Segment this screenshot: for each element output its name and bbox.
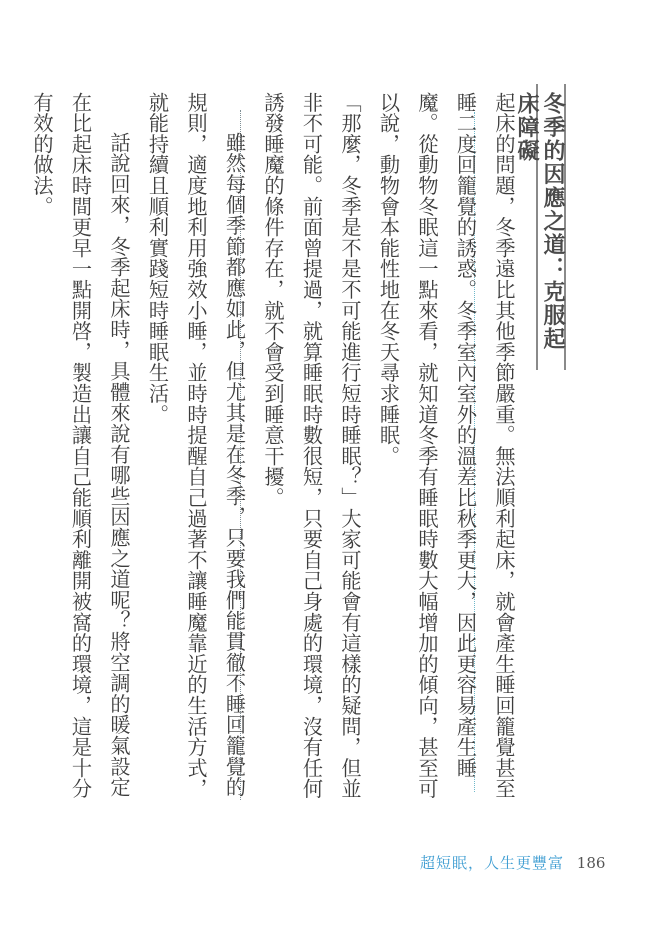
book-page: 冬季的因應之道：克服起床障礙 起床的問題，冬季遠比其他季節嚴重。無法順利起床，就…	[0, 0, 663, 932]
paragraph-1: 起床的問題，冬季遠比其他季節嚴重。無法順利起床，就會產生睡回籠覺甚至睡二度回籠覺…	[369, 92, 523, 812]
paragraph-3: 雖然每個季節都應如此，但尤其是在冬季，只要我們能貫徹不睡回籠覺的規則，適度地利用…	[138, 92, 254, 812]
section-heading: 冬季的因應之道：克服起床障礙	[539, 92, 565, 372]
page-footer: 超短眠，人生更豐富 186	[420, 852, 605, 874]
paragraph-2: 「那麼，冬季是不是不可能進行短時睡眠？」大家可能會有這樣的疑問，但並非不可能。前…	[254, 92, 370, 812]
paragraph-4: 話說回來，冬季起床時，具體來說有哪些因應之道呢？將空調的暖氣設定在比起床時間更早…	[23, 92, 139, 812]
footer-book-title: 超短眠，人生更豐富	[420, 854, 564, 872]
body-text: 起床的問題，冬季遠比其他季節嚴重。無法順利起床，就會產生睡回籠覺甚至睡二度回籠覺…	[103, 92, 523, 812]
page-number: 186	[577, 854, 606, 872]
